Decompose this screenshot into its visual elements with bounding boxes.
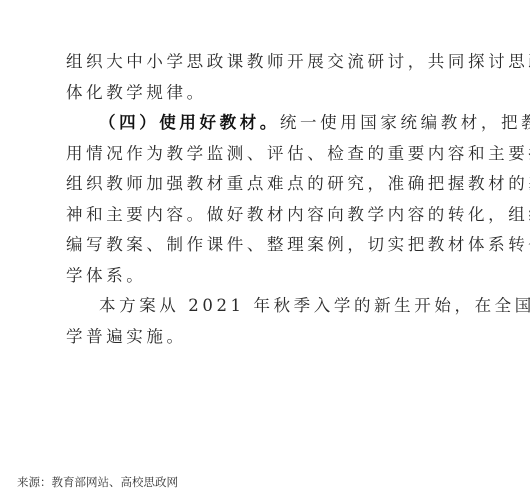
paragraph-line: 组织大中小学思政课教师开展交流研讨，共同探讨思政课一 xyxy=(66,47,486,78)
paragraph-text: 统一使用国家统编教材，把教材使 xyxy=(280,113,530,132)
paragraph-line: 编写教案、制作课件、整理案例，切实把教材体系转化为教 xyxy=(66,230,486,261)
section-four-line: （四）使用好教材。统一使用国家统编教材，把教材使 xyxy=(66,108,486,139)
paragraph-line: 学普遍实施。 xyxy=(66,322,486,353)
paragraph-line: 本方案从 2021 年秋季入学的新生开始，在全国大中小 xyxy=(66,291,486,322)
source-caption: 来源：教育部网站、高校思政网 xyxy=(17,474,178,490)
paragraph-line: 神和主要内容。做好教材内容向教学内容的转化，组织教师 xyxy=(66,200,486,231)
paragraph-line: 体化教学规律。 xyxy=(66,78,486,109)
paragraph-line: 学体系。 xyxy=(66,261,486,292)
paragraph-line: 用情况作为教学监测、评估、检查的重要内容和主要指标。 xyxy=(66,139,486,170)
section-heading: （四）使用好教材。 xyxy=(99,113,280,132)
paragraph-line: 组织教师加强教材重点难点的研究，准确把握教材的基本精 xyxy=(66,169,486,200)
document-body: 组织大中小学思政课教师开展交流研讨，共同探讨思政课一 体化教学规律。 （四）使用… xyxy=(66,47,486,352)
